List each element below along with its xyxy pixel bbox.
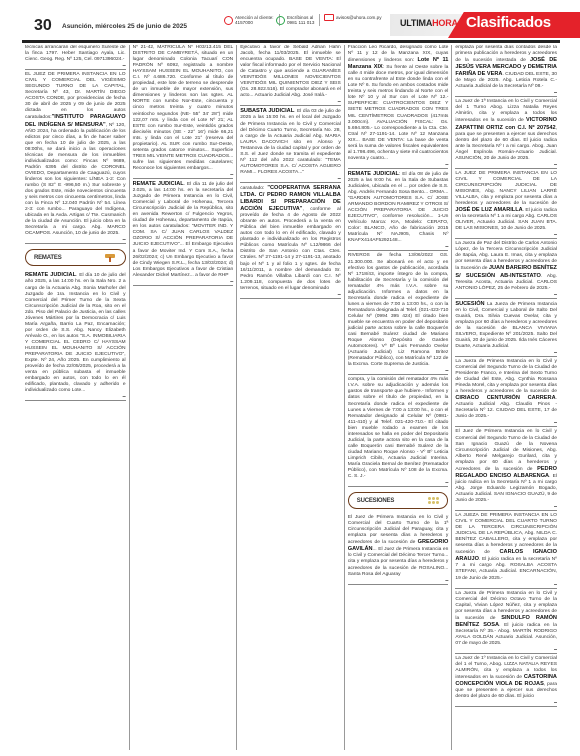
classified-ad: SUBASTA JUDICIAL. El día 03 de julio de … [240, 108, 341, 183]
classified-ad: REMATE JUDICIAL: El día 08 de julio de 2… [348, 171, 449, 252]
ad-text: : El día 08 de julio de 2025 a las 9:00 … [348, 172, 449, 244]
ad-code-mark: ▬ [348, 480, 449, 484]
ad-code-mark: ▬ [455, 582, 557, 586]
classified-ad: REMATE JUDICIAL. El día 11 de julio del … [133, 181, 234, 286]
classified-ad: Nº 21-42, MATRÍCULA Nº H03/13.415 DEL DI… [133, 45, 234, 179]
ad-code-mark: ▬ [348, 244, 449, 248]
classified-ad: La Jueza de Primera Instancia en lo Civi… [455, 591, 557, 654]
ad-heading: CIRIACO CENTURIÓN CARRERA [455, 395, 555, 401]
header-rule [22, 40, 560, 43]
ad-code-mark: ▬ [455, 647, 557, 651]
publication-date: Asunción, miércoles 25 de junio de 2025 [62, 23, 187, 30]
classified-ad: EL JUEZ DE PRIMERA INSTANCIA EN LO CIVIL… [25, 72, 126, 244]
contact-value: 0981 111 013 [287, 20, 314, 25]
ad-text: caratulado: [240, 186, 267, 191]
column-4: Fracción Leo Ricardo, designado como Lot… [345, 45, 453, 750]
ad-heading: REMATE JUDICIAL [25, 272, 76, 278]
column-1: técnicas arrancarán del esquinero Surest… [22, 45, 130, 750]
section-banner-remates: REMATES [25, 249, 126, 266]
ad-code-mark: ▬ [25, 63, 126, 67]
contact-value[interactable]: avisos@uhora.com.py [336, 15, 382, 20]
ad-text: Ejecutivo a favor de Sebald Adrian Hahn … [240, 45, 341, 98]
classified-ad: La Juez de 1ª Instancia en lo Civil y Co… [455, 99, 557, 168]
classified-ad: técnicas arrancarán del esquinero Surest… [25, 45, 126, 70]
email-contact[interactable]: avisos@uhora.com.py [324, 14, 382, 21]
ad-code-mark: ▬ [455, 504, 557, 508]
ad-code-mark: ▬ [240, 176, 341, 180]
section-title: Clasificados [466, 14, 551, 31]
ad-text: RIVEROS de fecha 13/06/2022 GS. 21.300.0… [348, 253, 449, 367]
ad-text: LA JUEZ DE PRIMERA INSTANCIA EN LO CIVIL… [455, 171, 557, 206]
ad-text: compra, y la comisión del rematador 4% m… [348, 377, 449, 479]
ad-text: Nº 21-42, MATRÍCULA Nº H03/13.415 DEL DI… [133, 45, 234, 171]
classified-ad: SUCESIÓN La Jueza de Primera Instancia e… [455, 301, 557, 357]
ad-code-mark: ▬ [25, 237, 126, 241]
section-banner-label: SUCESIONES [357, 498, 394, 504]
ad-code-mark: ▬ [133, 279, 234, 283]
ad-code-mark: ▬ [25, 394, 126, 398]
ad-heading: JOSÉ DE LUZ AMARILLA [455, 207, 522, 213]
ad-code-mark: ▬ [455, 292, 557, 296]
ad-heading: SUCESIÓN [455, 301, 484, 307]
ad-code-mark: ▬ [455, 90, 557, 94]
classified-ad: La Jueza de Primera Instancia en lo Civi… [455, 359, 557, 427]
whatsapp-icon [276, 16, 285, 25]
ad-text: técnicas arrancarán del esquinero Surest… [25, 45, 126, 62]
ad-code-mark: ▬ [348, 162, 449, 166]
mail-icon [324, 14, 334, 21]
ad-heading: REMATE JUDICIAL [133, 181, 184, 187]
classified-ad: LA JUEZA DE PRIMERA INSTANCIA EN LO CIVI… [455, 513, 557, 589]
ad-text: . El día 11 de julio del 2.025, a las 14… [133, 182, 234, 278]
ad-code-mark: ▬ [240, 99, 341, 103]
ad-text: , conforme al proveído de fecha 4 de Ago… [240, 207, 341, 291]
customer-service-contact: Atención al cliente:4157000 [224, 14, 283, 26]
section-banner-label: REMATES [34, 255, 62, 261]
ad-code-mark: ▬ [455, 700, 557, 704]
brand-part2: HORA [432, 18, 458, 28]
column-2: Nº 21-42, MATRÍCULA Nº H03/13.415 DEL DI… [130, 45, 238, 750]
page-header: 30 Asunción, miércoles 25 de junio de 20… [0, 0, 580, 38]
classified-ad: caratulado: "COOPERATIVA SERRANA LTDA. C… [240, 185, 341, 299]
ad-code-mark: ▬ [348, 578, 449, 582]
divider [319, 14, 320, 26]
ad-heading: SUBASTA JUDICIAL [240, 108, 294, 114]
ad-text: La Jueza de Primera Instancia en lo Civi… [455, 302, 557, 349]
classified-ad: La Juez de 1º Instancia en lo Civil y Co… [455, 656, 557, 707]
ad-text: La Jueza de Primera Instancia en lo Civi… [455, 359, 557, 394]
ad-code-mark: ▬ [348, 368, 449, 372]
gavel-icon [103, 254, 117, 262]
ad-code-mark: ▬ [455, 162, 557, 166]
ad-text: , Nº 120, AÑO 2024, ha ordenado la publi… [25, 123, 126, 237]
ad-code-mark: ▬ [133, 172, 234, 176]
ad-code-mark: ▬ [240, 292, 341, 296]
brand-logo: ULTIMAHORA [400, 18, 458, 28]
classified-ad: REMATE JUDICIAL. El día 10 de julio del … [25, 272, 126, 401]
ad-code-mark: ▬ [455, 232, 557, 236]
classified-ad: emplaza por sesenta días contados desde … [455, 45, 557, 97]
column-3: Ejecutivo a favor de Sebald Adrian Hahn … [237, 45, 345, 750]
whatsapp-contact: Escríbinos al0981 111 013 [276, 14, 323, 26]
ad-heading: REMATE JUDICIAL [348, 171, 399, 177]
brand-part1: ULTIMA [400, 18, 432, 28]
ad-code-mark: ▬ [455, 420, 557, 424]
classified-ad: LA JUEZ DE PRIMERA INSTANCIA EN LO CIVIL… [455, 171, 557, 239]
ad-text: . El día 10 de julio del año 2025, a las… [25, 273, 126, 393]
ad-text: . El día 03 de julio de 2025 a las 15:00… [240, 109, 341, 174]
ad-code-mark: ▬ [455, 350, 557, 354]
classified-ad: compra, y la comisión del rematador 4% m… [348, 377, 449, 487]
ad-text: : Su frente al Oeste sobre la calle 4 mi… [348, 65, 449, 161]
ad-text: , para que se presenten a ejercer sus de… [455, 126, 557, 161]
classifieds-columns: técnicas arrancarán del esquinero Surest… [22, 45, 560, 750]
section-banner-sucesiones: SUCESIONES [348, 492, 449, 509]
page-number: 30 [34, 17, 52, 35]
classified-ad: La Jueza de Paz del Distrito de Carlos A… [455, 241, 557, 298]
classified-ad: El Juez de Primera Instancia en lo Civil… [455, 429, 557, 511]
column-5: emplaza por sesenta días contados desde … [452, 45, 560, 750]
classified-ad: Ejecutivo a favor de Sebald Adrian Hahn … [240, 45, 341, 106]
classified-ad: Fracción Leo Ricardo, designado como Lot… [348, 45, 449, 169]
classified-ad: RIVEROS de fecha 13/06/2022 GS. 21.300.0… [348, 253, 449, 375]
phone-icon [224, 16, 233, 25]
ad-text: EL JUEZ DE PRIMERA INSTANCIA EN LO CIVIL… [25, 72, 126, 120]
contact-value: 4157000 [235, 20, 253, 25]
people-icon [428, 497, 439, 504]
classified-ad: El Juez de Primera Instancia en lo Civil… [348, 515, 449, 584]
